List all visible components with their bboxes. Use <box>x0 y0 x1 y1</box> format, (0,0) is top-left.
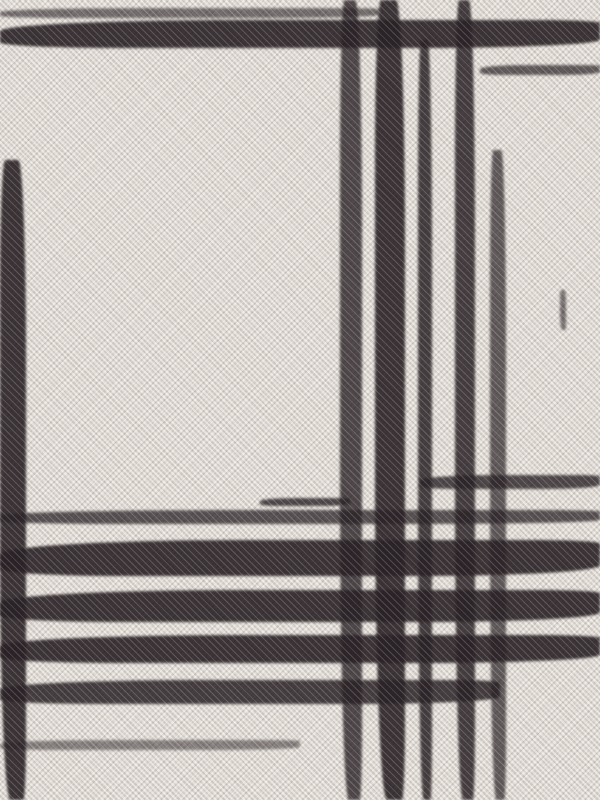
brushstroke <box>375 0 405 800</box>
brushstroke <box>455 0 475 800</box>
brushstroke <box>0 590 600 622</box>
brushstroke <box>420 475 600 489</box>
brushstroke <box>0 740 300 750</box>
fabric-photo: Close-up of woven canvas fabric with bla… <box>0 0 600 800</box>
brushstroke <box>0 635 600 663</box>
brushstroke <box>0 160 26 800</box>
brushstroke <box>260 498 350 506</box>
brushstroke <box>0 8 380 18</box>
brushstroke <box>0 20 600 48</box>
brushstroke <box>0 510 600 524</box>
brushstroke <box>340 0 362 800</box>
brushstroke <box>0 540 600 576</box>
brushstroke <box>480 65 600 75</box>
brushstroke <box>418 40 432 800</box>
brushstroke <box>560 290 566 330</box>
brushstroke <box>490 150 506 800</box>
